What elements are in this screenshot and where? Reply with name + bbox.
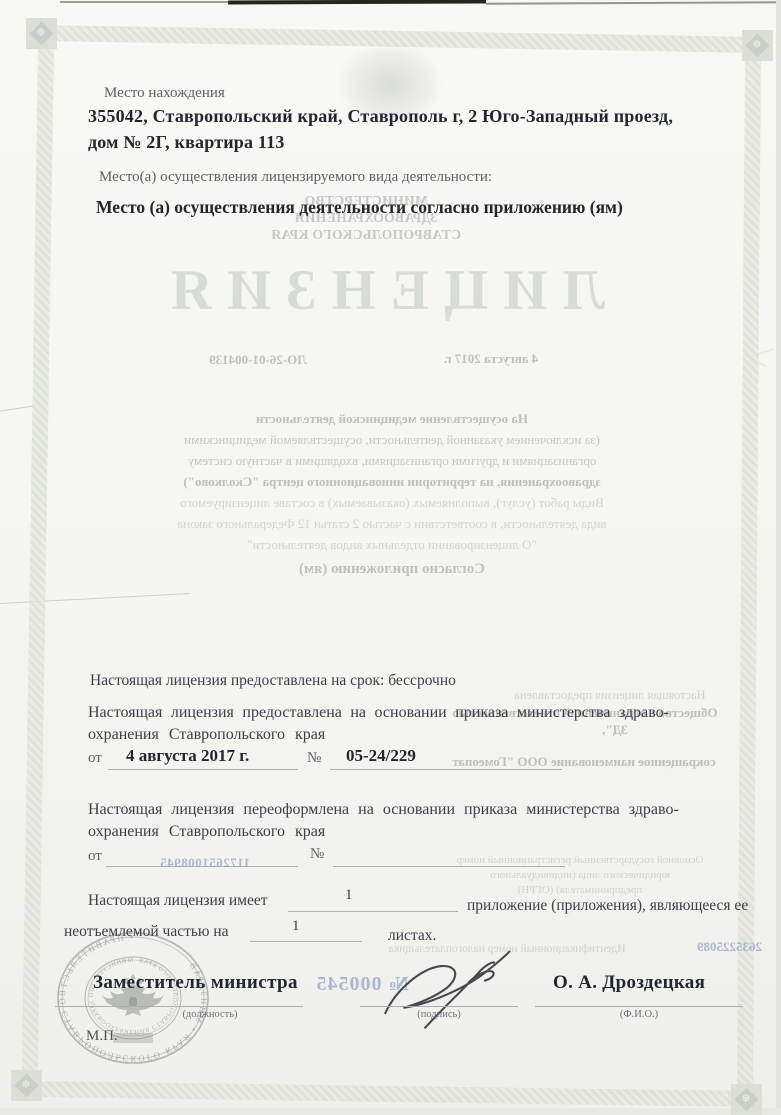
bleed-ministry-line2: СТАВРОПОЛЬСКОГО КРАЯ: [238, 226, 494, 243]
granted-line1: Настоящая лицензия предоставлена на осно…: [88, 702, 743, 724]
bleed-activity-line: вида деятельности, в соответствии с част…: [112, 513, 672, 534]
mp-label: М.П.: [86, 1028, 118, 1045]
bleed-license-title: ЛИЦЕНЗИЯ: [165, 258, 605, 323]
crease-line: [0, 405, 34, 411]
bleed-ogrn-label-line: юридического лица (индивидуального: [430, 868, 730, 883]
places-value: Место (а) осуществления деятельности сог…: [96, 197, 746, 218]
bleed-ogrn-number: 1172651008945: [160, 855, 250, 871]
scan-shadow-bottom: [0, 1108, 781, 1115]
bleed-activity-line: "О лицензировании отдельных видов деятел…: [112, 534, 672, 555]
scan-edge-artifact: [60, 1, 230, 3]
border-band-bottom: [36, 1081, 738, 1107]
integral-prefix: неотъемлемой частью на: [64, 921, 229, 943]
bleed-activity-line: (за исключением указанной деятельности, …: [112, 429, 672, 450]
granted-number-label: №: [307, 750, 321, 767]
corner-ornament-icon: ❆: [731, 1084, 762, 1115]
signature-rule: [360, 1006, 518, 1007]
attachments-count-line: [288, 911, 458, 912]
bleed-activity-line: организациями и другими организациями, в…: [112, 450, 672, 471]
granted-number-line: [330, 769, 562, 770]
signature-ink: [378, 946, 514, 1036]
bleed-org-line: Настоящая лицензия предоставлена: [480, 688, 740, 703]
scan-edge-artifact: [228, 0, 486, 4]
sheets-count-line: [250, 941, 362, 942]
address-line2: дом № 2Г, квартира 113: [88, 129, 748, 155]
ministry-round-stamp: • ПРАВИТЕЛЬСТВО СТАВРОПОЛЬСКОГО КРАЯ • М…: [56, 931, 210, 1067]
scanned-license-document: ❆ ❆ ❆ ❆ МИНИСТЕРСТВО ЗДРАВООХРАНЕНИЯ СТА…: [0, 0, 781, 1115]
reissued-from-label: от: [88, 848, 102, 865]
attachments-prefix: Настоящая лицензия имеет: [88, 890, 267, 912]
reissued-paragraph: Настоящая лицензия переоформлена на осно…: [88, 799, 743, 843]
position-caption: (должность): [110, 1009, 310, 1020]
location-label: Место нахождения: [104, 85, 225, 102]
bleed-activity-block: На осуществление медицинской деятельност…: [112, 408, 672, 580]
name-caption: (Ф.И.О.): [535, 1009, 743, 1020]
bleed-activity-line: здравоохранения, на территории инновацио…: [112, 471, 672, 492]
granted-date-line: [108, 769, 298, 770]
name-rule: [535, 1006, 743, 1007]
bleed-ogrn-label: Основной государственный регистрационный…: [430, 853, 730, 898]
sheets-suffix: листах.: [388, 925, 436, 947]
places-label: Место(а) осуществления лицензируемого ви…: [99, 169, 492, 186]
granted-from-label: от: [88, 750, 102, 767]
attachments-suffix: приложение (приложения), являющееся ее: [467, 895, 748, 917]
bleed-org-line: сокращенное наименование ООО "Гомеопат: [428, 754, 740, 770]
reissued-line1: Настоящая лицензия переоформлена на осно…: [88, 799, 743, 821]
bleed-according-line: Согласно приложению (ям): [112, 559, 672, 580]
signature-caption: (подпись): [360, 1009, 518, 1020]
scan-edge-artifact: [486, 1, 781, 5]
location-address: 355042, Ставропольский край, Ставрополь …: [88, 103, 748, 155]
scan-shadow-right: [776, 0, 781, 1115]
stamp-number-band: [113, 1033, 153, 1043]
position-rule: [55, 1006, 303, 1007]
term-line: Настоящая лицензия предоставлена на срок…: [90, 670, 456, 692]
reissued-number-label: №: [310, 846, 324, 863]
corner-ornament-icon: ❆: [742, 30, 773, 61]
corner-ornament-icon: ❆: [11, 1070, 42, 1101]
granted-paragraph: Настоящая лицензия предоставлена на осно…: [88, 702, 743, 746]
bleed-activity-line: Виды работ (услуг), выполняемых (оказыва…: [112, 492, 672, 513]
attachments-count: 1: [345, 887, 353, 904]
sheets-count: 1: [292, 918, 300, 935]
granted-date-value: 4 августа 2017 г.: [126, 746, 249, 766]
bleed-license-number: ЛО-26-01-004139: [183, 352, 333, 368]
address-line1: 355042, Ставропольский край, Ставрополь …: [88, 103, 748, 129]
border-band-left: [22, 36, 54, 1078]
granted-number-value: 05-24/229: [346, 746, 416, 766]
signer-position: Заместитель министра: [93, 972, 298, 994]
bleed-inn-number: 2635225089: [692, 939, 767, 955]
granted-line2: охранения Ставропольского края: [88, 724, 743, 746]
signer-name: О. А. Дроздецкая: [553, 972, 705, 994]
reissued-date-line: [106, 866, 298, 867]
bleed-license-date: 4 августа 2017 г.: [426, 351, 556, 367]
corner-ornament-icon: ❆: [26, 18, 57, 49]
bleed-activity-line: На осуществление медицинской деятельност…: [112, 408, 672, 429]
reissued-number-line: [333, 866, 565, 867]
reissued-line2: охранения Ставропольского края: [88, 821, 743, 843]
